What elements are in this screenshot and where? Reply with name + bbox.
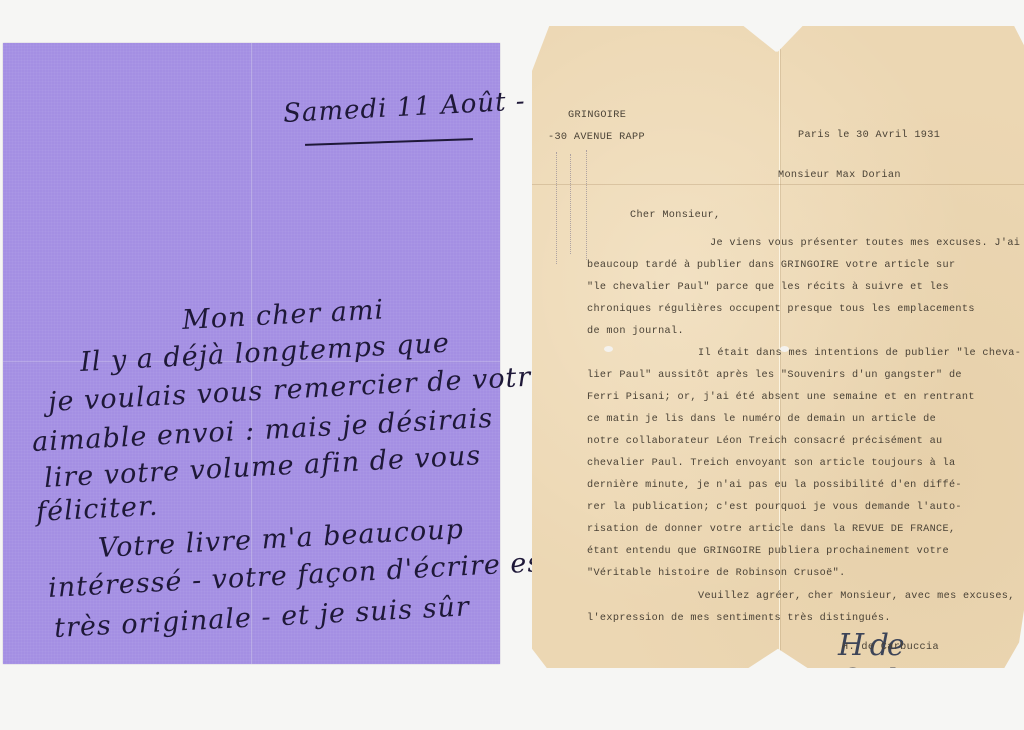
pencil-annotation <box>570 154 578 254</box>
letter-line: étant entendu que GRINGOIRE publiera pro… <box>587 546 949 557</box>
handwritten-letter: Samedi 11 Août - Mon cher ami Il y a déj… <box>3 43 500 664</box>
letterhead-address: -30 AVENUE RAPP <box>548 132 645 143</box>
pencil-annotation <box>556 152 564 264</box>
letter-line: ce matin je lis dans le numéro de demain… <box>587 414 936 425</box>
letter-line: rer la publication; c'est pourquoi je vo… <box>587 502 962 513</box>
letter-line: dernière minute, je n'ai pas eu la possi… <box>587 480 962 491</box>
letter-line: Je viens vous présenter toutes mes excus… <box>710 238 1020 249</box>
fold-crease-horizontal <box>532 184 1024 185</box>
date-underline <box>305 138 473 146</box>
paper-hole <box>604 346 613 352</box>
place-date: Paris le 30 Avril 1931 <box>798 130 940 141</box>
letter-line: "le chevalier Paul" parce que les récits… <box>587 282 949 293</box>
letterhead-name: GRINGOIRE <box>568 110 626 121</box>
recipient: Monsieur Max Dorian <box>778 170 901 181</box>
letter-line: Veuillez agréer, cher Monsieur, avec mes… <box>698 591 1015 602</box>
letter-line: lier Paul" aussitôt après les "Souvenirs… <box>587 370 962 381</box>
letter-line: Ferri Pisani; or, j'ai été absent une se… <box>587 392 975 403</box>
paper-hole <box>780 346 789 352</box>
pencil-annotation <box>586 150 594 260</box>
salutation: Mon cher ami <box>181 294 385 336</box>
salutation: Cher Monsieur, <box>630 210 721 221</box>
letter-line: risation de donner votre article dans la… <box>587 524 955 535</box>
letter-line: Il était dans mes intentions de publier … <box>698 348 1021 359</box>
signatory-name: H. de Carbuccia <box>842 642 939 653</box>
letter-line: chroniques régulières occupent presque t… <box>587 304 975 315</box>
letter-line: chevalier Paul. Treich envoyant son arti… <box>587 458 955 469</box>
letter-line: de mon journal. <box>587 326 684 337</box>
signature: H de Carbuccia <box>838 628 1024 698</box>
letter-line: notre collaborateur Léon Treich consacré… <box>587 436 943 447</box>
letter-date: Samedi 11 Août - <box>282 86 526 129</box>
letter-line: féliciter. <box>35 491 159 528</box>
letter-line: beaucoup tardé à publier dans GRINGOIRE … <box>587 260 955 271</box>
letter-line: l'expression de mes sentiments très dist… <box>587 613 891 624</box>
typewritten-letter: GRINGOIRE -30 AVENUE RAPP Paris le 30 Av… <box>532 26 1024 668</box>
letter-line: "Véritable histoire de Robinson Crusoë". <box>587 568 846 579</box>
